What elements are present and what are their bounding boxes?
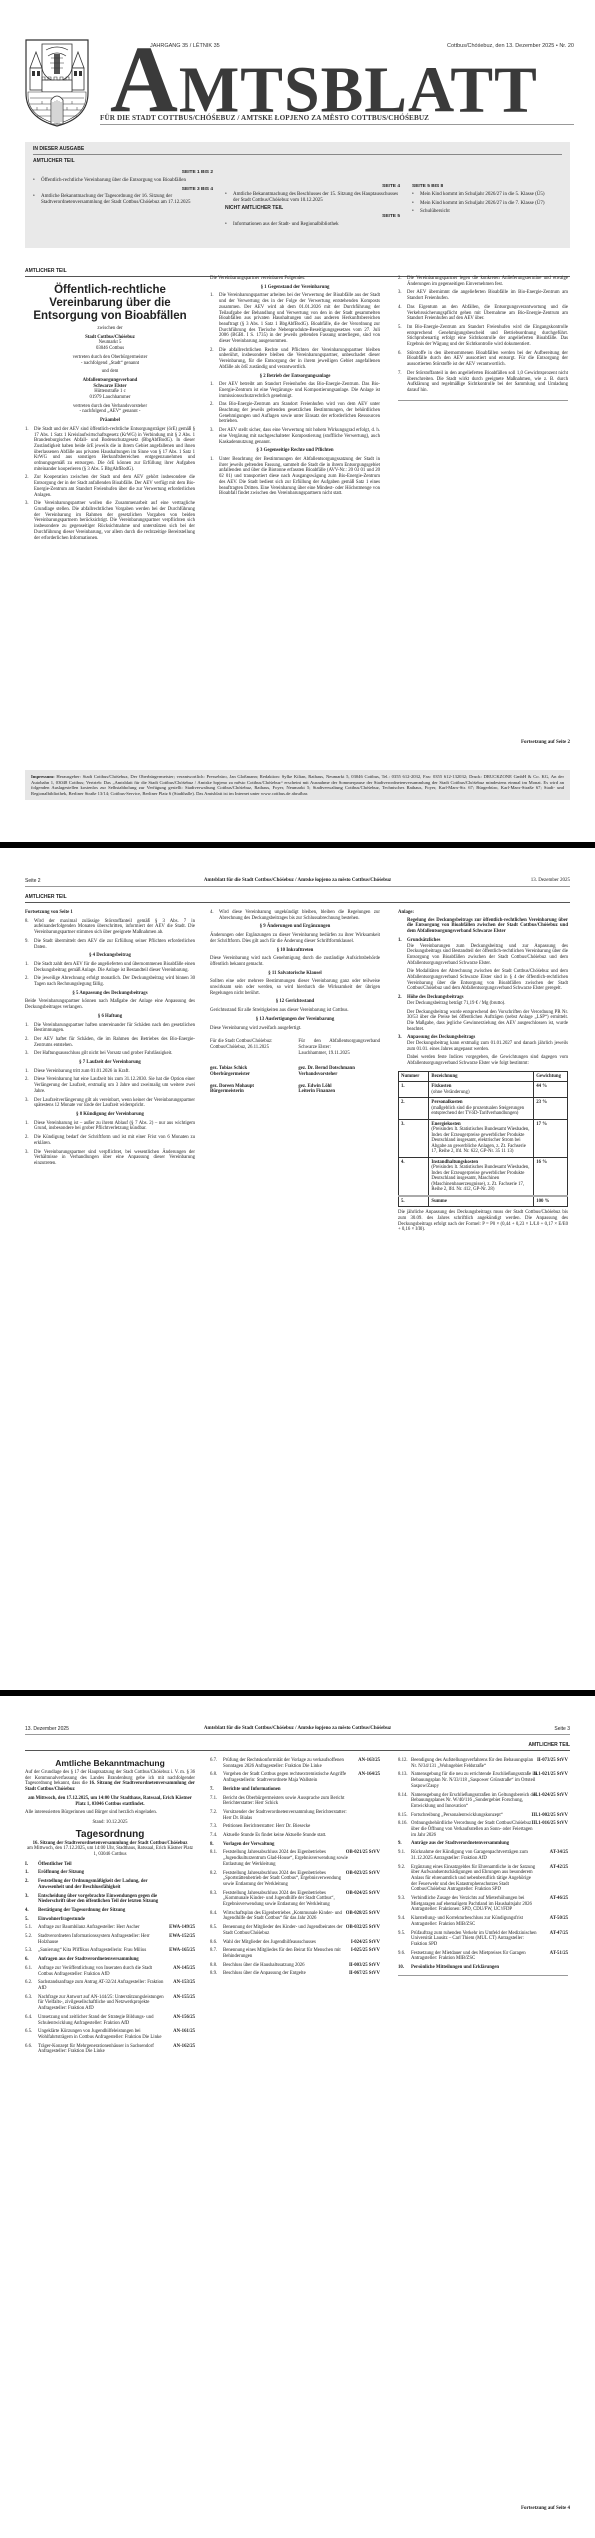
document-reference[interactable]: AN-153/25 xyxy=(173,1980,195,1986)
document-reference[interactable]: II-073/25 StVV xyxy=(537,1758,568,1764)
toc-section-amtlich: AMTLICHER TEIL xyxy=(33,158,562,164)
agenda-item: 6.7.Prüfung der Rechtskonformität der Vo… xyxy=(210,1758,380,1769)
document-reference[interactable]: III.1-002/25 StVV xyxy=(531,1813,568,1819)
page-header: Seite 2 Amtsblatt für die Stadt Cottbus/… xyxy=(25,878,570,887)
newspaper-subtitle: FÜR DIE STADT COTTBUS/CHÓŚEBUZ / AMTSKE … xyxy=(100,114,574,125)
section-header: AMTLICHER TEIL xyxy=(25,894,570,903)
document-reference[interactable]: AN-155/25 xyxy=(173,1995,195,2001)
page-2: Seite 2 Amtsblatt für die Stadt Cottbus/… xyxy=(0,848,595,1690)
appendix-title: Regelung des Deckungsbeitrags zur öffent… xyxy=(398,918,568,935)
agenda-item: 6.1.Anfrage zur Veröffentlichung von Ins… xyxy=(25,1966,195,1977)
continued-link[interactable]: Fortsetzung auf Seite 4 xyxy=(521,2506,570,2511)
toc-item[interactable]: Mein Kind kommt im Schuljahr 2026/27 in … xyxy=(412,201,562,207)
agenda-item: 9.4.Klarstellung- und Korrekturbeschluss… xyxy=(398,1916,568,1927)
agenda-item: 6.3.Nachfrage zur Antwort auf AN-144/25:… xyxy=(25,1995,195,2012)
appendix-column: Anlage: Regelung des Deckungsbeitrags zu… xyxy=(398,910,568,1233)
agenda-item: 6.8.Vorgehen der Stadt Cottbus gegen rec… xyxy=(210,1772,380,1783)
document-reference[interactable]: EWA-149/25 xyxy=(169,1925,195,1931)
document-reference[interactable]: EWA-152/25 xyxy=(169,1934,195,1940)
table-row: 4.Instandhaltungskosten(Preisindex lt. S… xyxy=(399,1157,568,1196)
document-reference[interactable]: AT-50/25 xyxy=(550,1916,568,1922)
document-reference[interactable]: OB-024/25 StVV xyxy=(346,1891,380,1897)
agenda-item: 9.1.Rücknahme der Kündigung von Garagenp… xyxy=(398,1850,568,1861)
document-reference[interactable]: OB-023/25 StVV xyxy=(346,1871,380,1877)
agenda-column-3: 8.12.Beendigung des Aufstellungsverfahre… xyxy=(398,1758,568,1976)
agenda-item: 5.Einwohnerfragestunde xyxy=(25,1917,195,1923)
agenda-item: 8.1.Feststellung Jahresabschluss 2024 de… xyxy=(210,1850,380,1867)
agenda-list-3: 8.12.Beendigung des Aufstellungsverfahre… xyxy=(398,1758,568,1971)
table-row: 1.Fixkosten(ohne Veränderung)44 % xyxy=(399,1082,568,1098)
table-row: 5.Summe100 % xyxy=(399,1196,568,1207)
document-reference[interactable]: I-025/25 StVV xyxy=(351,1948,380,1954)
agenda-item: 9.6.Festsetzung der Mietdauer und des Mi… xyxy=(398,1951,568,1962)
agenda-item: 7.2.Vorsitzender der Stadtverordnetenver… xyxy=(210,1810,380,1821)
toc-item[interactable]: Informationen aus der Stadt- und Regiona… xyxy=(225,222,400,228)
agenda-item: 8.5.Benennung der Mitglieder des Kinder-… xyxy=(210,1925,380,1936)
agenda-item: 4.Bestätigung der Tagesordnung der Sitzu… xyxy=(25,1908,195,1914)
agenda-item: 8.12.Beendigung des Aufstellungsverfahre… xyxy=(398,1758,568,1769)
agenda-item: 8.2.Feststellung Jahresabschluss 2024 de… xyxy=(210,1871,380,1888)
agenda-item: 8.9.Beschluss über die Anpassung der Ent… xyxy=(210,1971,380,1977)
agenda-item: 2.Feststellung der Ordnungsmäßigkeit der… xyxy=(25,1879,195,1890)
agenda-list-1: I.Öffentlicher Teil1.Eröffnung der Sitzu… xyxy=(25,1862,195,2055)
agenda-item: 3.Entscheidung über vorgebrachte Einwend… xyxy=(25,1894,195,1905)
article-column-2: Die Vereinbarungspartner vereinbaren Fol… xyxy=(210,276,380,500)
document-reference[interactable]: AN-162/25 xyxy=(173,2044,195,2050)
agenda-item: 8.8.Beschluss über die Haushaltssatzung … xyxy=(210,1963,380,1969)
agenda-item: 8.7.Benennung eines Mitgliedes für den B… xyxy=(210,1948,380,1959)
agenda-item: 1.Eröffnung der Sitzung xyxy=(25,1870,195,1876)
agenda-item: 9.2.Ergänzung eines Einsatzgeldes für Eh… xyxy=(398,1865,568,1894)
page-3: 13. Dezember 2025 Amtsblatt für die Stad… xyxy=(0,1696,595,2538)
agenda-item: 8.13.Namensgebung für die neu zu erricht… xyxy=(398,1772,568,1789)
table-row: 2.Personalkosten(maßgeblich sind die pro… xyxy=(399,1098,568,1120)
masthead: JAHRGANG 35 / LĚTNIK 35 Cottbus/Chóśebuz… xyxy=(22,38,574,128)
agenda-item: 8.15.Fortschreibung „Personalentwicklung… xyxy=(398,1813,568,1819)
city-crest-icon xyxy=(22,38,92,128)
document-reference[interactable]: AN-161/25 xyxy=(173,2029,195,2035)
newspaper-title: AMTSBLATT xyxy=(110,47,538,122)
page-header: 13. Dezember 2025 Amtsblatt für die Stad… xyxy=(25,1726,570,1735)
announcement-column: Amtliche Bekanntmachung Auf der Grundlag… xyxy=(25,1758,195,2058)
document-reference[interactable]: AT-46/25 xyxy=(550,1896,568,1902)
impressum: Impressum: Herausgeber: Stadt Cottbus/Ch… xyxy=(25,770,570,800)
document-reference[interactable]: I-024/25 StVV xyxy=(351,1940,380,1946)
agenda-item: 6.6.Träger-Konzept für Mehrgenerationenh… xyxy=(25,2044,195,2055)
document-reference[interactable]: II-067/25 StVV xyxy=(349,1971,380,1977)
page-1: JAHRGANG 35 / LĚTNIK 35 Cottbus/Chóśebuz… xyxy=(0,0,595,842)
toc-item[interactable]: Amtliche Bekanntmachung der Tagesordnung… xyxy=(33,194,213,206)
document-reference[interactable]: AT-51/25 xyxy=(550,1951,568,1957)
agenda-item: 6.2.Sachstandsanfrage zum Antrag AT-32/2… xyxy=(25,1980,195,1991)
document-reference[interactable]: EWA-165/25 xyxy=(169,1948,195,1954)
document-reference[interactable]: AN-164/25 xyxy=(358,1772,380,1778)
agenda-item: 10.Persönliche Mitteilungen und Erklärun… xyxy=(398,1965,568,1971)
agenda-item: 6.5.Ungeklärte Kürzungen von Jugendhilfe… xyxy=(25,2029,195,2040)
article-column-1: Fortsetzung von Seite 1 8.Wird der maxim… xyxy=(25,910,195,1170)
agenda-item: 8.4.Wirtschaftsplan des Eigenbetriebes „… xyxy=(210,1911,380,1922)
agenda-item: 8.14.Namensgebung der Erschließungsstraß… xyxy=(398,1793,568,1810)
table-of-contents: IN DIESER AUSGABE AMTLICHER TEIL SEITE 1… xyxy=(25,142,570,248)
document-reference[interactable]: II.1-024/25 StVV xyxy=(533,1793,568,1799)
document-reference[interactable]: AN-145/25 xyxy=(173,1966,195,1972)
agenda-item: 8.3.Feststellung Jahresabschluss 2024 de… xyxy=(210,1891,380,1908)
article-title: Öffentlich-rechtliche Vereinbarung über … xyxy=(25,284,195,323)
document-reference[interactable]: AT-47/25 xyxy=(550,1931,568,1937)
document-reference[interactable]: OB-032/25 StVV xyxy=(346,1925,380,1931)
toc-column-1: SEITE 1 BIS 2 Öffentlich-rechtliche Vere… xyxy=(33,168,213,209)
toc-column-2: SEITE 4 Amtliche Bekanntmachung des Besc… xyxy=(225,182,400,231)
agenda-item: 6.Anfragen aus der Stadtverordnetenversa… xyxy=(25,1957,195,1963)
agenda-item: 9.3.Verbindliche Zusage des Verzichts au… xyxy=(398,1896,568,1913)
document-reference[interactable]: III.1-016/25 StVV xyxy=(531,1821,568,1827)
toc-item[interactable]: Mein Kind kommt im Schuljahr 2026/27 in … xyxy=(412,192,562,198)
agenda-item: I.Öffentlicher Teil xyxy=(25,1862,195,1868)
section-header: AMTLICHER TEIL xyxy=(25,1742,570,1751)
agenda-item: 6.4.Umsetzung und zeitlicher Stand der S… xyxy=(25,2015,195,2026)
toc-heading: IN DIESER AUSGABE xyxy=(33,146,562,155)
document-reference[interactable]: AN-163/25 xyxy=(358,1758,380,1764)
article-column-3: 2.Die Vereinbarungspartner legen die kon… xyxy=(398,276,568,401)
agenda-item: 5.2.Stadtverordneten Informationssystem … xyxy=(25,1934,195,1945)
toc-item[interactable]: Schulübersicht xyxy=(412,209,562,215)
document-reference[interactable]: II.1-021/25 StVV xyxy=(533,1772,568,1778)
agenda-item: 7.Berichte und Informationen xyxy=(210,1787,380,1793)
signatures: Für die Stadt Cottbus/Chóśebuz:Cottbus/C… xyxy=(210,1039,380,1056)
agenda-item: 7.4.Aktuelle Stunde Es findet keine Aktu… xyxy=(210,1833,380,1839)
agenda-item: 5.3.„Sanierung“ Kita Pfiffikus Anfragest… xyxy=(25,1948,195,1954)
preamble-heading: Präambel xyxy=(25,418,195,424)
weighting-table: NummerBezeichnungGewichtung 1.Fixkosten(… xyxy=(398,1071,568,1208)
document-reference[interactable]: AT-34/25 xyxy=(550,1850,568,1856)
toc-item[interactable]: Öffentlich-rechtliche Vereinbarung über … xyxy=(33,178,213,184)
agenda-list-2: 6.7.Prüfung der Rechtskonformität der Vo… xyxy=(210,1758,380,1977)
document-reference[interactable]: OB-028/25 StVV xyxy=(346,1911,380,1917)
article-column-2: 4.Wird diese Vereinbarung ungekündigt bl… xyxy=(210,910,380,1095)
agenda-item: 7.1.Bericht des Oberbürgermeisters sowie… xyxy=(210,1796,380,1807)
agenda-item: 8.6.Wahl der Mitglieder des Jugendhilfea… xyxy=(210,1940,380,1946)
document-reference[interactable]: OB-021/25 StVV xyxy=(346,1850,380,1856)
toc-item[interactable]: Amtliche Bekanntmachung des Beschlusses … xyxy=(225,192,400,204)
continued-link[interactable]: Fortsetzung auf Seite 2 xyxy=(521,740,570,745)
article-column-1: Öffentlich-rechtliche Vereinbarung über … xyxy=(25,284,195,544)
agenda-column-2: 6.7.Prüfung der Rechtskonformität der Vo… xyxy=(210,1758,380,1980)
table-row: 3.Energiekosten(Preisindex lt. Statistis… xyxy=(399,1119,568,1157)
agenda-item: 9.Anträge aus der Stadtverordnetenversam… xyxy=(398,1841,568,1847)
agenda-item: 8.16.Ordnungsbehördliche Verordnung der … xyxy=(398,1821,568,1838)
agenda-item: 8.Vorlagen der Verwaltung xyxy=(210,1842,380,1848)
document-reference[interactable]: AT-42/25 xyxy=(550,1865,568,1871)
agenda-item: 5.1.Anfrage zur Baumbilanz Anfragestelle… xyxy=(25,1925,195,1931)
toc-column-3: SEITE 5 BIS 8 Mein Kind kommt im Schulja… xyxy=(412,182,562,218)
document-reference[interactable]: AN-156/25 xyxy=(173,2015,195,2021)
document-reference[interactable]: II-003/25 StVV xyxy=(349,1963,380,1969)
agenda-title: Tagesordnung xyxy=(25,1829,195,1841)
agenda-item: 9.5.Prüfauftrag zum ruhenden Verkehr im … xyxy=(398,1931,568,1948)
agenda-item: 7.3.Petitionen Berichterstatter: Herr Dr… xyxy=(210,1824,380,1830)
